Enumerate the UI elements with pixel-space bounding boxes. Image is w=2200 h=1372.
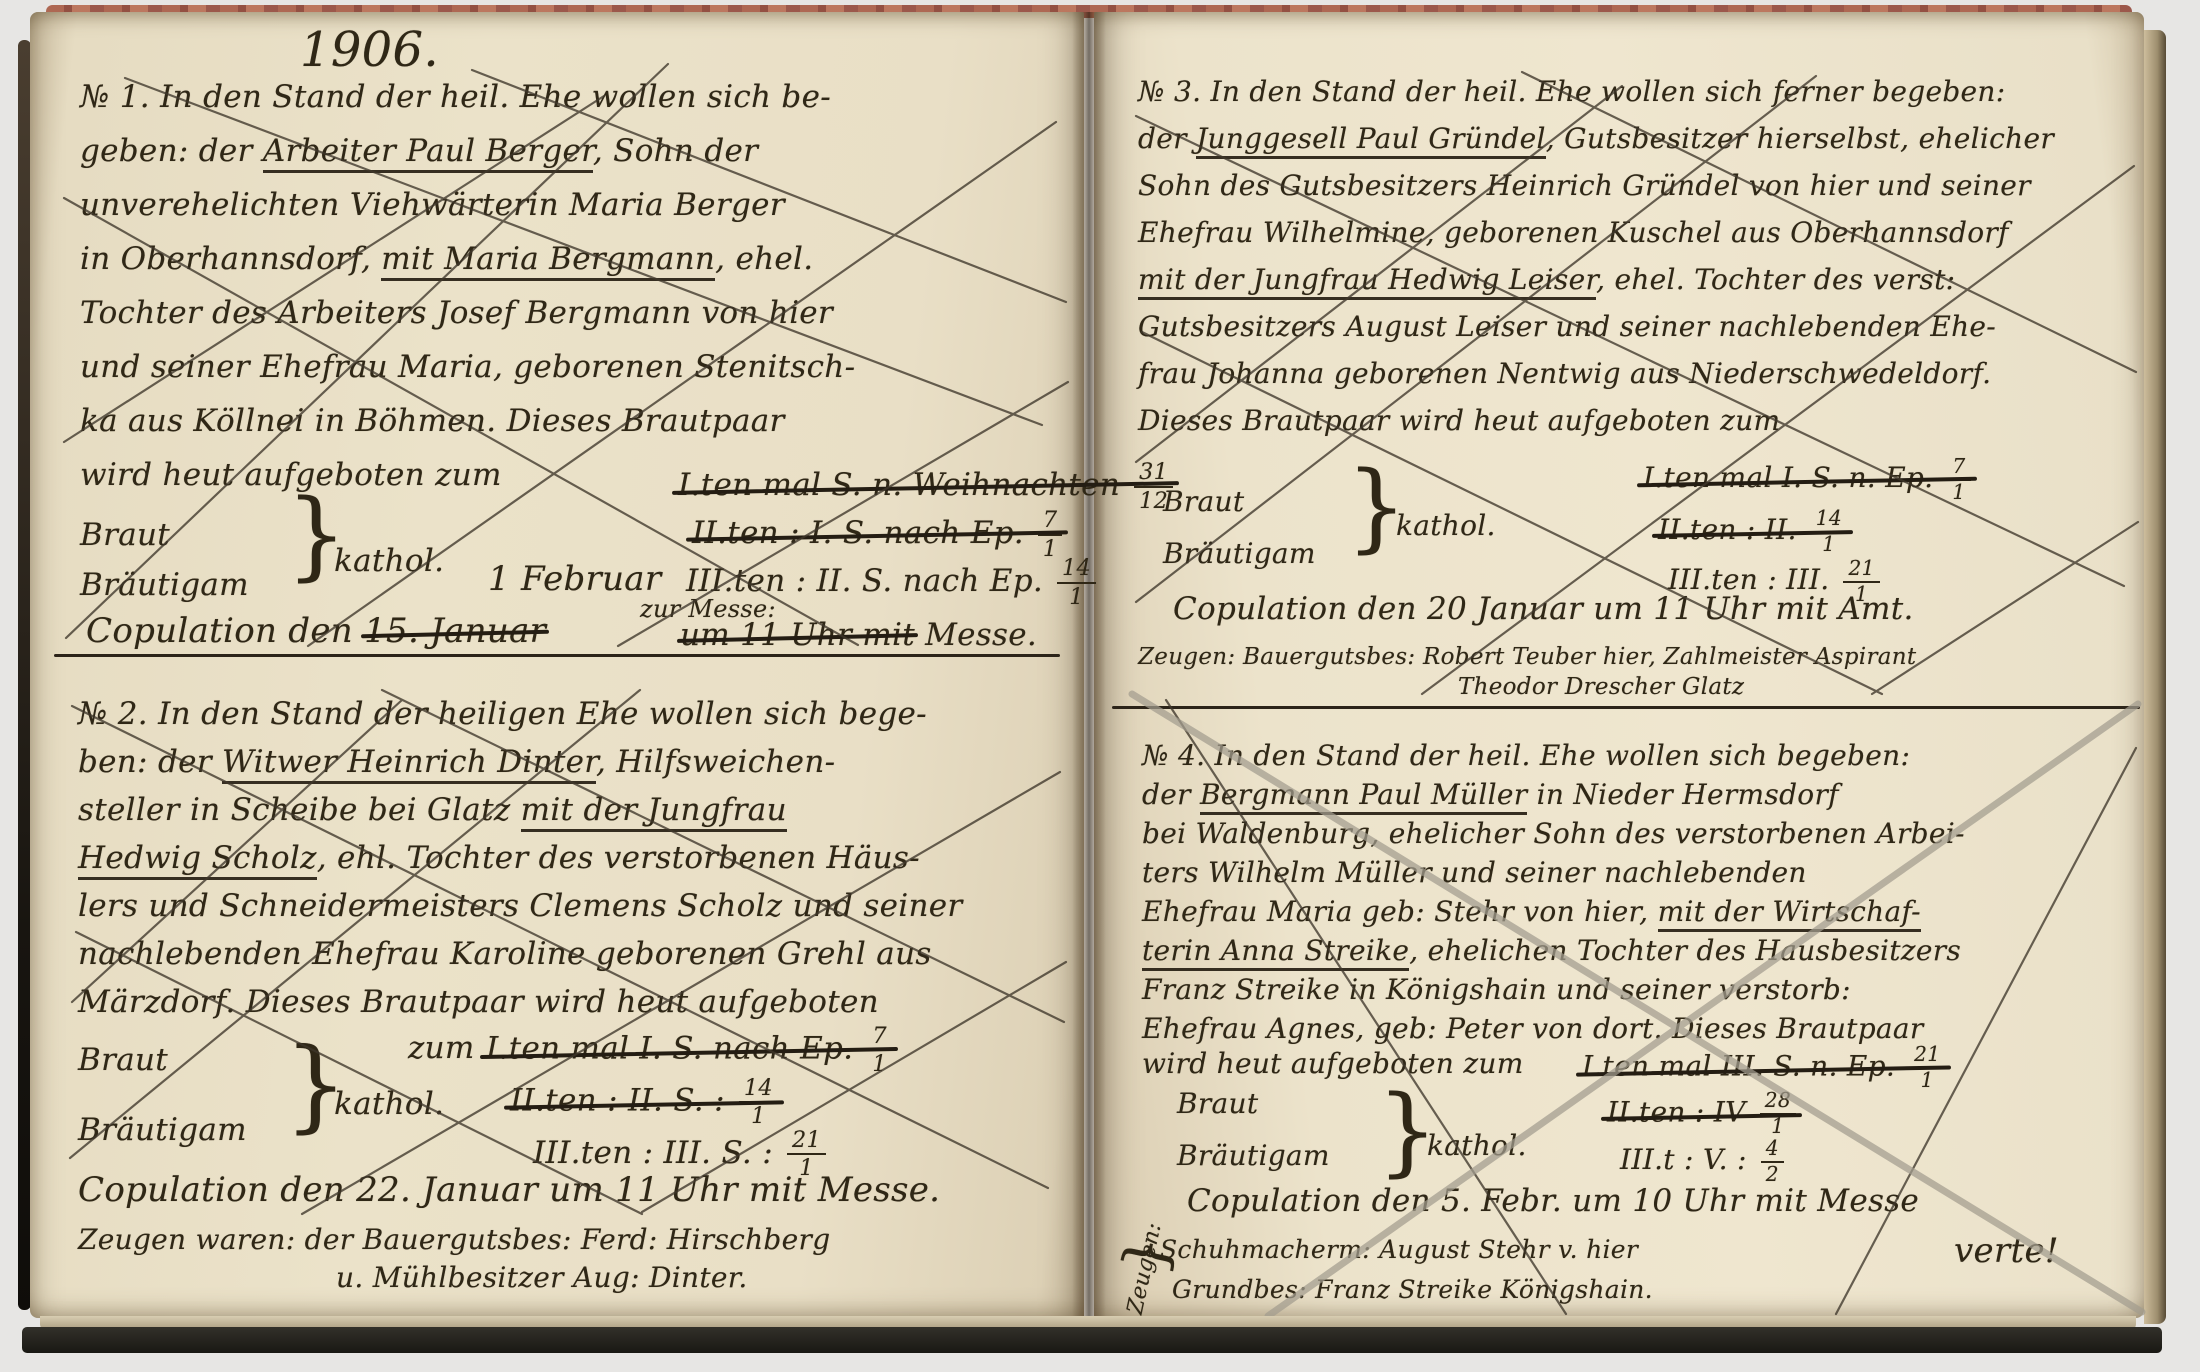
text-run: und seiner Ehefrau Maria, geborenen Sten…	[80, 349, 855, 385]
text-run: , Gutsbesitzer hierselbst, ehelicher	[1546, 122, 2054, 155]
text-run: , ehelichen Tochter des Hausbesitzers	[1409, 934, 1961, 967]
text-run: ters Wilhelm Müller und seiner nachleben…	[1142, 856, 1807, 889]
bann-text: III.t : V. :42	[1620, 1143, 1784, 1176]
bann-entry-2: II.ten : IV281	[1607, 1090, 1796, 1138]
record-line: Franz Streike in Königshain und seiner v…	[1142, 970, 2142, 1009]
text-run: in Nieder Hermsdorf	[1527, 778, 1838, 811]
date-numerator: 7	[867, 1024, 892, 1051]
braeutigam-label: Bräutigam	[78, 1106, 247, 1154]
date-denominator: 1	[1057, 584, 1096, 609]
underlined-phrase: mit der Wirtschaf-	[1658, 895, 1921, 932]
text-run: unverehelichten Viehwärterin Maria Berge…	[80, 187, 785, 223]
bann-date-fraction: 141	[1057, 556, 1096, 608]
bann-text: II.ten : II. S. :141	[510, 1076, 778, 1128]
braut-label: Braut	[1163, 478, 1244, 525]
date-denominator: 1	[739, 1103, 778, 1128]
underlined-groom-name: Junggesell Paul Gründel	[1196, 122, 1546, 159]
bann-entry-2: II.ten : II.141	[1658, 506, 1847, 555]
text-run: Franz Streike in Königshain und seiner v…	[1142, 973, 1851, 1006]
text-run: № 1. In den Stand der heil. Ehe wollen s…	[80, 79, 831, 115]
braut-label: Braut	[80, 508, 170, 562]
text-run: , Hilfsweichen-	[596, 744, 835, 780]
text-run: Copulation den	[86, 611, 364, 651]
record-line: der Junggesell Paul Gründel, Gutsbesitze…	[1138, 115, 2138, 162]
text-run: in Oberhannsdorf,	[80, 241, 381, 277]
time-note: um 11 Uhr mit Messe.	[680, 608, 1037, 662]
bann-label: II.ten : IV	[1607, 1095, 1746, 1128]
underlined-bride-name: Hedwig Scholz	[78, 840, 317, 880]
text-run: , ehl. Tochter des verstorbenen Häus-	[317, 840, 920, 876]
bann-text: II.ten : IV281	[1607, 1090, 1796, 1138]
record-line: geben: der Arbeiter Paul Berger, Sohn de…	[80, 124, 1075, 178]
text-run: der	[1138, 122, 1196, 155]
copulation-line: Copulation den 20 Januar um 11 Uhr mit A…	[1173, 586, 1914, 633]
text-run: № 3. In den Stand der heil. Ehe wollen s…	[1138, 75, 2006, 108]
underlined-groom-name: Witwer Heinrich Dinter	[222, 744, 596, 784]
text-run: bei Waldenburg, ehelicher Sohn des verst…	[1142, 817, 1965, 850]
record-line: der Bergmann Paul Müller in Nieder Herms…	[1142, 775, 2142, 814]
date-denominator: 1	[867, 1051, 892, 1076]
witnesses-line: Schuhmacherm: August Stehr v. hier	[1160, 1230, 1638, 1269]
text-run: geben: der	[80, 133, 263, 169]
text-run: , Sohn der	[593, 133, 758, 169]
text-run: frau Johanna geborenen Nentwig aus Niede…	[1138, 357, 1991, 390]
text-run: , ehel.	[715, 241, 813, 277]
bann-text: I.ten mal S. n. Weihnachten3112	[678, 458, 1173, 513]
underlined-bride-name: mit der Jungfrau Hedwig Leiser	[1138, 263, 1596, 300]
bann-label: I.ten mal I. S. n. Ep.	[1643, 461, 1933, 494]
braeutigam-label: Bräutigam	[1177, 1136, 1330, 1175]
text-run: Ehefrau Maria geb: Stehr von hier,	[1142, 895, 1658, 928]
witnesses-line-2: Grundbes: Franz Streike Königshain.	[1172, 1270, 1653, 1309]
bann-label: III.t : V. :	[1620, 1143, 1747, 1176]
text-run: steller in Scheibe bei Glatz	[78, 792, 521, 828]
date-numerator: 14	[1811, 508, 1847, 533]
banns-cluster: Braut } kathol. Bräutigam I.ten mal I. S…	[1138, 444, 2138, 696]
text-run: Märzdorf. Dieses Brautpaar wird heut auf…	[78, 984, 879, 1020]
bann-date-fraction: 211	[1909, 1044, 1945, 1092]
record-line: ben: der Witwer Heinrich Dinter, Hilfswe…	[78, 738, 1078, 786]
record-line: frau Johanna geborenen Nentwig aus Niede…	[1138, 350, 2138, 397]
corrected-date: 1 Februar	[488, 552, 661, 606]
record-line: bei Waldenburg, ehelicher Sohn des verst…	[1142, 814, 2142, 853]
record-line: nachlebenden Ehefrau Karoline geborenen …	[78, 930, 1078, 978]
bann-text: I.ten mal III. S. n. Ep.211	[1582, 1044, 1945, 1092]
braeutigam-label: Bräutigam	[1163, 530, 1316, 577]
record-line: № 3. In den Stand der heil. Ehe wollen s…	[1138, 68, 2138, 115]
confession-label: kathol.	[334, 1080, 444, 1128]
record-line: unverehelichten Viehwärterin Maria Berge…	[80, 178, 1075, 232]
record-line: Ehefrau Wilhelmine, geborenen Kuschel au…	[1138, 209, 2138, 256]
record-line: Hedwig Scholz, ehl. Tochter des verstorb…	[78, 834, 1078, 882]
text-run: № 2. In den Stand der heiligen Ehe wolle…	[78, 696, 927, 732]
bann-text: II.ten : I. S. nach Ep.71	[692, 506, 1062, 561]
bann-label: I.ten mal S. n. Weihnachten	[678, 467, 1120, 503]
zum-label: zum	[408, 1024, 475, 1072]
bann-entry-1: I.ten mal III. S. n. Ep.211	[1582, 1044, 1945, 1092]
record-line: № 2. In den Stand der heiligen Ehe wolle…	[78, 690, 1078, 738]
bann-entry-3: III.t : V. :42	[1620, 1138, 1784, 1186]
bann-text: I.ten mal I. S. nach Ep.71	[486, 1024, 892, 1076]
text-run: lers und Schneidermeisters Clemens Schol…	[78, 888, 963, 924]
banns-cluster: zum I.ten mal I. S. nach Ep.71 Braut } k…	[78, 1026, 1078, 1296]
record-line: Sohn des Gutsbesitzers Heinrich Gründel …	[1138, 162, 2138, 209]
record-line: Ehefrau Agnes, geb: Peter von dort. Dies…	[1142, 1009, 2142, 1048]
record-line: und seiner Ehefrau Maria, geborenen Sten…	[80, 340, 1075, 394]
record-line: lers und Schneidermeisters Clemens Schol…	[78, 882, 1078, 930]
banns-cluster: wird heut aufgeboten zum I.ten mal III. …	[1142, 1048, 2142, 1338]
date-numerator: 14	[739, 1076, 778, 1103]
bann-label: II.ten : I. S. nach Ep.	[692, 515, 1024, 551]
text-run: Ehefrau Wilhelmine, geborenen Kuschel au…	[1138, 216, 2009, 249]
text-run: Messe.	[915, 617, 1037, 653]
bann-date-fraction: 281	[1760, 1090, 1796, 1138]
aufgeboten-label: wird heut aufgeboten zum	[1142, 1044, 1524, 1083]
underlined-phrase: mit der Jungfrau	[521, 792, 787, 832]
date-numerator: 21	[1909, 1044, 1945, 1069]
text-run: № 4. In den Stand der heil. Ehe wollen s…	[1142, 739, 1910, 772]
record-line: steller in Scheibe bei Glatz mit der Jun…	[78, 786, 1078, 834]
record-line: Gutsbesitzers August Leiser und seiner n…	[1138, 303, 2138, 350]
bann-text: I.ten mal I. S. n. Ep.71	[1643, 454, 1971, 503]
date-numerator: 4	[1761, 1138, 1784, 1163]
bann-date-fraction: 141	[739, 1076, 778, 1128]
bann-text: II.ten : II.141	[1658, 506, 1847, 555]
bann-entry-2: II.ten : II. S. :141	[510, 1076, 778, 1128]
bann-label: I.ten mal I. S. nach Ep.	[486, 1031, 853, 1067]
bann-entry-1: I.ten mal I. S. nach Ep.71	[486, 1024, 892, 1076]
bann-label: II.ten : II. S. :	[510, 1083, 725, 1119]
copulation-line: Copulation den 22. Januar um 11 Uhr mit …	[78, 1166, 940, 1214]
underlined-groom-name: Arbeiter Paul Berger	[263, 133, 593, 173]
record-4: № 4. In den Stand der heil. Ehe wollen s…	[1142, 736, 2142, 1338]
banns-cluster: Braut Bräutigam } kathol. 1 Februar Copu…	[80, 502, 1075, 717]
record-3: № 3. In den Stand der heil. Ehe wollen s…	[1138, 68, 2138, 696]
book-fore-edge	[2144, 30, 2166, 1324]
record-line: Märzdorf. Dieses Brautpaar wird heut auf…	[78, 978, 1078, 1026]
date-numerator: 14	[1057, 556, 1096, 583]
record-line: in Oberhannsdorf, mit Maria Bergmann, eh…	[80, 232, 1075, 286]
struck-time: um 11 Uhr mit	[680, 617, 915, 653]
bann-date-fraction: 71	[1038, 508, 1063, 560]
copulation-line: Copulation den 5. Febr. um 10 Uhr mit Me…	[1187, 1182, 1919, 1221]
date-denominator: 1	[1947, 481, 1970, 504]
text-run: Dieses Brautpaar wird heut aufgeboten zu…	[1138, 404, 1780, 437]
date-numerator: 28	[1760, 1090, 1796, 1115]
date-numerator: 7	[1038, 508, 1063, 535]
record-line: ters Wilhelm Müller und seiner nachleben…	[1142, 853, 2142, 892]
text-run: nachlebenden Ehefrau Karoline geborenen …	[78, 936, 932, 972]
confession-label: kathol.	[1396, 502, 1496, 549]
record-line: Dieses Brautpaar wird heut aufgeboten zu…	[1138, 397, 2138, 444]
date-numerator: 21	[1843, 558, 1879, 583]
braut-label: Braut	[78, 1036, 168, 1084]
witnesses-line-2: u. Mühlbesitzer Aug: Dinter.	[336, 1254, 748, 1302]
confession-label: kathol.	[1427, 1126, 1527, 1165]
text-run: der	[1142, 778, 1200, 811]
bann-entry-1: I.ten mal S. n. Weihnachten3112	[678, 458, 1173, 513]
text-run: Sohn des Gutsbesitzers Heinrich Gründel …	[1138, 169, 2031, 202]
confession-label: kathol.	[334, 534, 444, 588]
bann-entry-2: II.ten : I. S. nach Ep.71	[692, 506, 1062, 561]
scanned-register-photo: { "colors": { "ink": "#2f2716", "page_le…	[0, 0, 2200, 1372]
text-run: Ehefrau Agnes, geb: Peter von dort. Dies…	[1142, 1012, 1924, 1045]
witnesses-line-2: Theodor Drescher Glatz	[1458, 664, 1744, 711]
underlined-bride-name: mit Maria Bergmann	[381, 241, 715, 281]
bann-entry-1: I.ten mal I. S. n. Ep.71	[1643, 454, 1971, 503]
record-2: № 2. In den Stand der heiligen Ehe wolle…	[78, 690, 1078, 1296]
date-numerator: 21	[787, 1128, 826, 1155]
bann-label: II.ten : II.	[1658, 513, 1797, 546]
text-run: Gutsbesitzers August Leiser und seiner n…	[1138, 310, 1996, 343]
record-line: ka aus Köllnei in Böhmen. Dieses Brautpa…	[80, 394, 1075, 448]
copulation-line: Copulation den 15. Januar	[86, 604, 546, 658]
bann-date-fraction: 71	[867, 1024, 892, 1076]
verte-note: verte!	[1954, 1232, 2059, 1271]
record-line: Tochter des Arbeiters Josef Bergmann von…	[80, 286, 1075, 340]
date-denominator: 1	[1811, 533, 1847, 556]
record-line: Ehefrau Maria geb: Stehr von hier, mit d…	[1142, 892, 2142, 931]
record-line: № 4. In den Stand der heil. Ehe wollen s…	[1142, 736, 2142, 775]
record-line: № 1. In den Stand der heil. Ehe wollen s…	[80, 70, 1075, 124]
underlined-bride-name: terin Anna Streike	[1142, 934, 1409, 971]
record-1: № 1. In den Stand der heil. Ehe wollen s…	[80, 70, 1075, 717]
bann-label: I.ten mal III. S. n. Ep.	[1582, 1049, 1895, 1082]
struck-date: 15. Januar	[364, 611, 546, 651]
record-line: terin Anna Streike, ehelichen Tochter de…	[1142, 931, 2142, 970]
text-run: ka aus Köllnei in Böhmen. Dieses Brautpa…	[80, 403, 785, 439]
bann-date-fraction: 71	[1947, 456, 1970, 504]
bann-date-fraction: 141	[1811, 508, 1847, 556]
book-cover-bottom	[22, 1327, 2162, 1353]
date-denominator: 1	[1760, 1115, 1796, 1138]
date-numerator: 7	[1947, 456, 1970, 481]
date-denominator: 1	[1909, 1069, 1945, 1092]
record-line: mit der Jungfrau Hedwig Leiser, ehel. To…	[1138, 256, 2138, 303]
text-run: Tochter des Arbeiters Josef Bergmann von…	[80, 295, 833, 331]
text-run: , ehel. Tochter des verst:	[1596, 263, 1955, 296]
text-run: ben: der	[78, 744, 222, 780]
underlined-groom-name: Bergmann Paul Müller	[1200, 778, 1527, 815]
bann-date-fraction: 42	[1761, 1138, 1784, 1186]
braut-label: Braut	[1177, 1084, 1258, 1123]
